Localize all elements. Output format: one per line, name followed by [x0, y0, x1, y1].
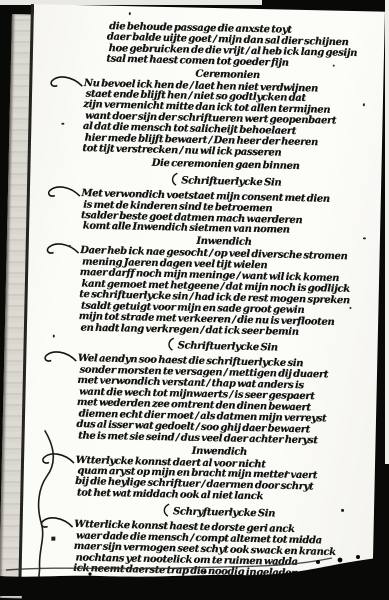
manuscript-page: die behoude passage die anxste toyt daer…: [18, 4, 385, 591]
verse-paragraph: Wel aendyn soo haest die schriftuerlycke…: [76, 354, 364, 447]
scan-right-edge: [385, 0, 389, 464]
dust-speck: [129, 12, 131, 15]
dust-speck: [349, 307, 351, 309]
verse-paragraph: Wtterlycke konnst daert al voor nicht qu…: [75, 456, 362, 506]
dust-speck: [53, 335, 55, 338]
pen-flourish-icon: [169, 178, 179, 189]
dust-speck: [69, 245, 71, 247]
verse-paragraph: die behoude passage die anxste toyt daer…: [107, 22, 372, 71]
verse-paragraph: Daer heb ick nae gesocht / op veel diver…: [79, 246, 367, 339]
verse-paragraph: Nu bevoel ick hen de / laet hen niet ver…: [83, 79, 371, 162]
pen-flourish-icon: [46, 184, 82, 205]
dust-speck: [363, 237, 366, 239]
manuscript-text: die behoude passage die anxste toyt daer…: [74, 21, 372, 582]
pen-flourish-icon: [161, 509, 171, 520]
scan-bottom-edge: [0, 552, 389, 600]
pen-flourish-icon: [42, 350, 78, 371]
verse-paragraph: Met verwondich voetstaet mijn consent me…: [81, 189, 368, 239]
dust-speck: [333, 65, 335, 67]
speaker-name: Schriftuerlycke Sin: [181, 175, 281, 188]
pen-flourish-icon: [44, 242, 80, 263]
dust-speck: [341, 509, 344, 512]
pen-flourish-icon: [48, 74, 84, 95]
manuscript-scan: die behoude passage die anxste toyt daer…: [0, 0, 389, 600]
speaker-name: Schriftuerlycke Sin: [177, 341, 277, 354]
dust-speck: [363, 103, 365, 106]
dust-speck: [61, 123, 64, 125]
dust-speck: [286, 471, 288, 473]
pen-flourish-icon: [165, 343, 175, 354]
speaker-name: Schryftuerlycke Sin: [173, 506, 275, 519]
